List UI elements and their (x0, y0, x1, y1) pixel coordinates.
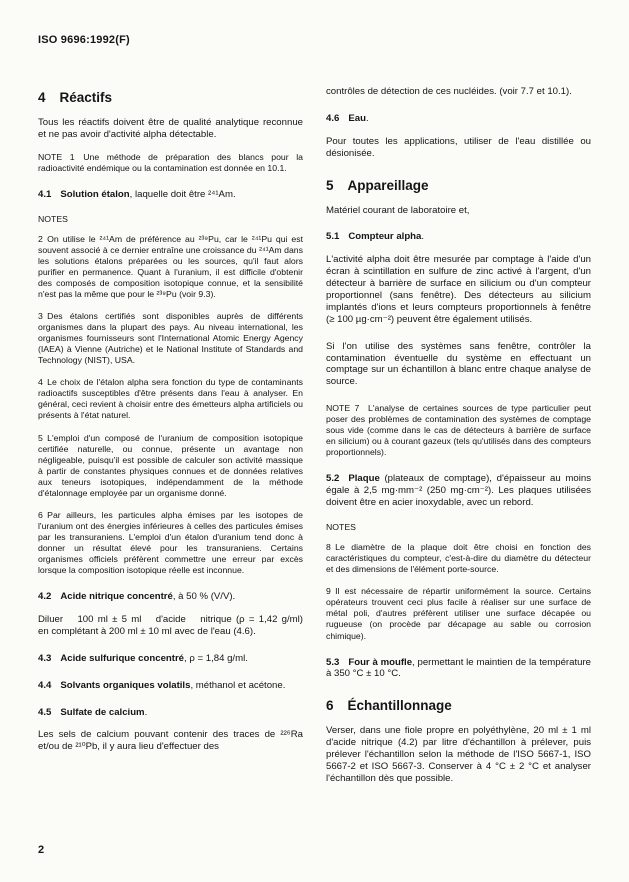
document-reference: ISO 9696:1992(F) (38, 34, 591, 46)
subsection-4-2-text: , à 50 % (V/V). (173, 591, 235, 602)
note-2: 2 On utilise le ²⁴¹Am de préférence au ²… (38, 234, 303, 300)
subsection-5-3: 5.3Four à moufle, permettant le maintien… (326, 657, 591, 681)
subsection-5-3-number: 5.3 (326, 657, 339, 668)
document-page: ISO 9696:1992(F) 4Réactifs Tous les réac… (0, 0, 629, 882)
subsection-4-3-title: Acide sulfurique concentré (60, 653, 184, 664)
subsection-5-2: 5.2Plaque (plateaux de comptage), d'épai… (326, 473, 591, 509)
subsection-4-2-title: Acide nitrique concentré (60, 591, 172, 602)
page-number: 2 (38, 844, 44, 856)
section-4-paragraph: Tous les réactifs doivent être de qualit… (38, 117, 303, 141)
subsection-4-2-number: 4.2 (38, 591, 51, 602)
subsection-4-5-text: . (145, 707, 148, 718)
subsection-4-5-number: 4.5 (38, 707, 51, 718)
subsection-4-1: 4.1Solution étalon, laquelle doit être ²… (38, 189, 303, 201)
section-5-title: Appareillage (348, 178, 429, 193)
subsection-4-6-title: Eau (348, 113, 366, 124)
subsection-4-6-number: 4.6 (326, 113, 339, 124)
section-4-title: Réactifs (60, 90, 113, 105)
subsection-4-5: 4.5Sulfate de calcium. (38, 707, 303, 719)
left-column: 4Réactifs Tous les réactifs doivent être… (38, 86, 303, 796)
note-8: 8 Le diamètre de la plaque doit être cho… (326, 542, 591, 575)
subsection-4-4-title: Solvants organiques volatils (60, 680, 190, 691)
continuation-paragraph: contrôles de détection de ces nucléides.… (326, 86, 591, 98)
subsection-5-2-number: 5.2 (326, 473, 339, 484)
subsection-4-3: 4.3Acide sulfurique concentré, ρ = 1,84 … (38, 653, 303, 665)
subsection-4-2: 4.2Acide nitrique concentré, à 50 % (V/V… (38, 591, 303, 603)
note-7: NOTE 7 L'analyse de certaines sources de… (326, 403, 591, 458)
two-column-layout: 4Réactifs Tous les réactifs doivent être… (38, 86, 591, 796)
subsection-4-6-text: . (366, 113, 369, 124)
subsection-5-2-title: Plaque (348, 473, 379, 484)
subsection-4-5-paragraph: Les sels de calcium pouvant contenir des… (38, 729, 303, 753)
subsection-4-6-paragraph: Pour toutes les applications, utiliser d… (326, 136, 591, 160)
subsection-4-1-number: 4.1 (38, 189, 51, 200)
subsection-4-4-number: 4.4 (38, 680, 51, 691)
subsection-4-3-text: , ρ = 1,84 g/ml. (184, 653, 248, 664)
subsection-5-1-title: Compteur alpha (348, 231, 421, 242)
note-9: 9 Il est nécessaire de répartir uniformé… (326, 586, 591, 641)
subsection-5-3-title: Four à moufle (348, 657, 412, 668)
subsection-4-4-text: , méthanol et acétone. (190, 680, 285, 691)
note-6: 6 Par ailleurs, les particules alpha émi… (38, 510, 303, 576)
notes-label-2: NOTES (326, 522, 591, 533)
notes-label: NOTES (38, 214, 303, 225)
section-6-paragraph: Verser, dans une fiole propre en polyéth… (326, 725, 591, 784)
right-column: contrôles de détection de ces nucléides.… (326, 86, 591, 796)
subsection-5-1-number: 5.1 (326, 231, 339, 242)
subsection-4-2-paragraph: Diluer 100 ml ± 5 ml d'acide nitrique (ρ… (38, 614, 303, 638)
note-1: NOTE 1 Une méthode de préparation des bl… (38, 152, 303, 174)
subsection-4-6: 4.6Eau. (326, 113, 591, 125)
subsection-4-1-text: , laquelle doit être ²⁴¹Am. (130, 189, 236, 200)
section-6-number: 6 (326, 698, 334, 713)
subsection-5-1-text: . (421, 231, 424, 242)
note-5: 5 L'emploi d'un composé de l'uranium de … (38, 433, 303, 499)
subsection-4-3-number: 4.3 (38, 653, 51, 664)
subsection-4-1-title: Solution étalon (60, 189, 129, 200)
subsection-4-4: 4.4Solvants organiques volatils, méthano… (38, 680, 303, 692)
section-5-paragraph: Matériel courant de laboratoire et, (326, 205, 591, 217)
note-4: 4 Le choix de l'étalon alpha sera foncti… (38, 377, 303, 421)
subsection-5-1-paragraph-1: L'activité alpha doit être mesurée par c… (326, 254, 591, 325)
note-3: 3 Des étalons certifiés sont disponibles… (38, 311, 303, 366)
subsection-5-1-paragraph-2: Si l'on utilise des systèmes sans fenêtr… (326, 341, 591, 389)
section-5-number: 5 (326, 178, 334, 193)
section-5-heading: 5Appareillage (326, 178, 591, 193)
section-4-heading: 4Réactifs (38, 90, 303, 105)
section-4-number: 4 (38, 90, 46, 105)
subsection-4-5-title: Sulfate de calcium (60, 707, 144, 718)
section-6-title: Échantillonnage (348, 698, 452, 713)
subsection-5-1: 5.1Compteur alpha. (326, 231, 591, 243)
section-6-heading: 6Échantillonnage (326, 698, 591, 713)
